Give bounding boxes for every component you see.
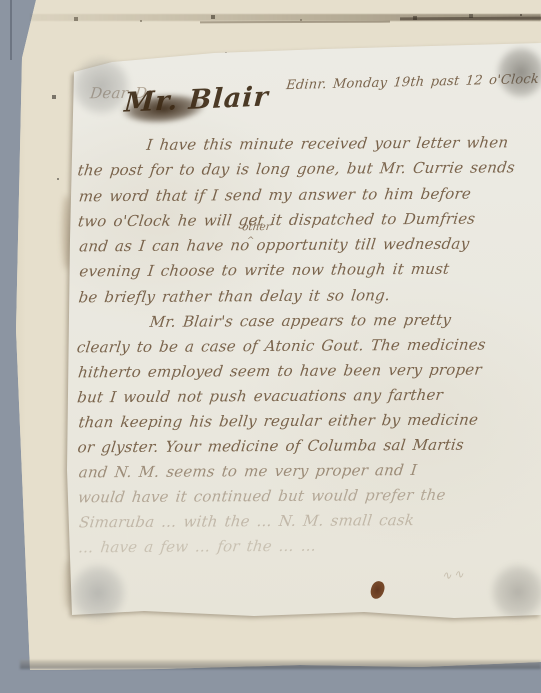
faint-pencil-mark: ∿∿ [441,566,467,583]
insertion-word: other [241,221,271,233]
handwritten-line-faded: would have it continued but would prefer… [77,486,447,507]
handwritten-line-faded: and N. M. seems to me very proper and I [78,461,418,481]
handwritten-line: I have this minute received your letter … [146,133,510,154]
paper-stain-bottom-left [68,562,128,624]
handwritten-line: but I would not push evacuations any far… [76,386,444,407]
handwritten-line: than keeping his belly regular either by… [77,411,479,432]
letter-annotation-addressee: Mr. Blair [123,81,269,118]
handwritten-line-faded: … have a few … for the … … [77,537,317,557]
interlinear-insertion: other ^ [241,221,271,233]
handwritten-line: evening I choose to write now though it … [78,260,450,281]
paper-stain-top-right [495,45,541,100]
handwritten-line: Mr. Blair's case appears to me pretty [149,311,452,331]
handwritten-line: me word that if I send my answer to him … [78,185,472,206]
handwritten-line: the post for to day is long gone, but Mr… [77,158,516,179]
handwritten-line: clearly to be a case of Atonic Gout. The… [76,335,487,356]
paper-stain-bottom-right [489,562,541,622]
paper-stain-top-left [70,55,132,117]
handwritten-line-faded: Simaruba … with the … N. M. small cask [78,511,415,531]
insertion-caret: ^ [246,236,255,246]
handwritten-line: and as I can have no opportunity till we… [78,235,470,256]
handwritten-line: be briefly rather than delay it so long. [78,286,391,306]
handwritten-line: hitherto employed seem to have been very… [77,361,483,382]
handwritten-line: two o'Clock he will get it dispatched to… [77,210,476,231]
handwritten-line: or glyster. Your medicine of Columba sal… [77,436,465,457]
scanned-letter-page: Dear Dr Mr. Blair Edinr. Monday 19th pas… [0,0,541,693]
